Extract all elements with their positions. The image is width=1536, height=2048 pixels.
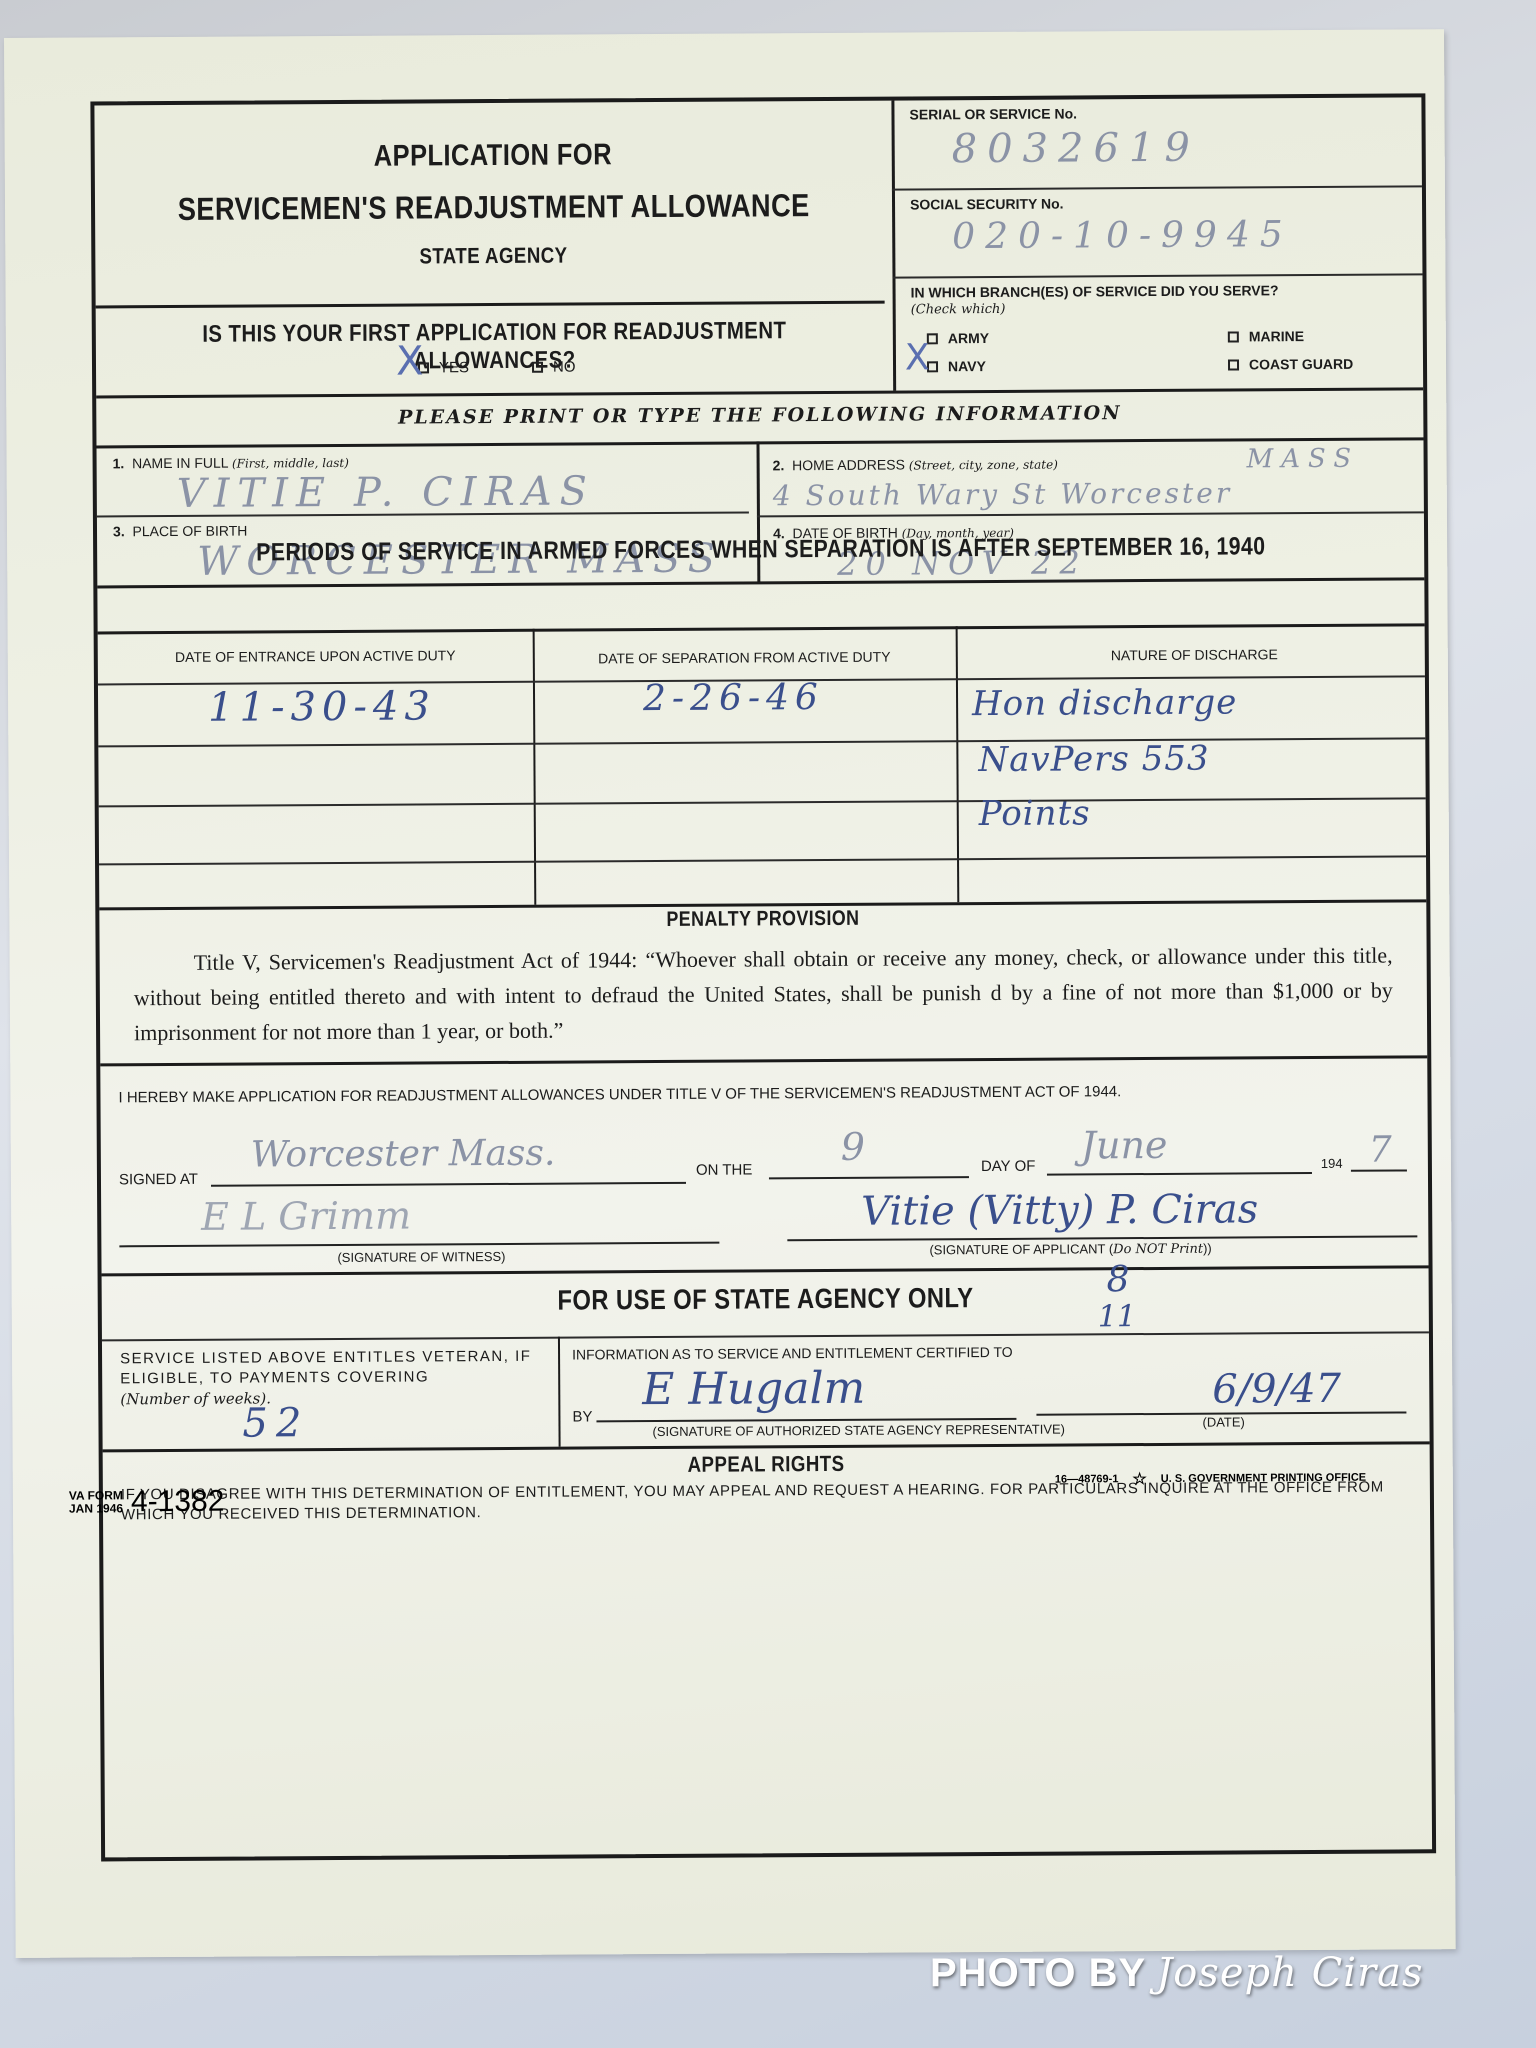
name-label: 1. NAME IN FULL (First, middle, last) <box>113 454 349 471</box>
witness-signature-field[interactable]: E L Grimm <box>201 1194 411 1239</box>
checkbox-square-icon <box>1228 359 1239 370</box>
penalty-text: Title V, Servicemen's Readjustment Act o… <box>134 938 1394 1051</box>
checkbox-coast-guard-label: COAST GUARD <box>1249 356 1353 373</box>
column-header-discharge: NATURE OF DISCHARGE <box>956 645 1433 664</box>
identification-section: SERIAL OR SERVICE No. 8032619 SOCIAL SEC… <box>891 97 1423 390</box>
date-caption: (DATE) <box>1202 1414 1244 1429</box>
form-title-block: APPLICATION FOR SERVICEMEN'S READJUSTMEN… <box>94 101 892 306</box>
name-field[interactable]: VITIE P. CIRAS <box>177 468 595 517</box>
checkbox-yes[interactable]: YES <box>418 359 469 376</box>
witness-caption: (SIGNATURE OF WITNESS) <box>337 1249 505 1265</box>
declaration-statement: I HEREBY MAKE APPLICATION FOR READJUSTME… <box>118 1083 1121 1106</box>
entrance-date-row1[interactable]: 11-30-43 <box>208 683 436 730</box>
discharge-row2[interactable]: NavPers 553 <box>978 739 1209 780</box>
agency-title: FOR USE OF STATE AGENCY ONLY <box>557 1282 973 1317</box>
form-number: 4-1382 <box>131 1485 225 1520</box>
instructions-banner: PLEASE PRINT OR TYPE THE FOLLOWING INFOR… <box>96 387 1423 445</box>
column-header-entrance: DATE OF ENTRANCE UPON ACTIVE DUTY <box>98 647 533 666</box>
form-title-line2: SERVICEMEN'S READJUSTMENT ALLOWANCE <box>177 187 809 228</box>
penalty-title: PENALTY PROVISION <box>666 907 859 932</box>
signed-at-field[interactable]: Worcester Mass. <box>251 1133 556 1176</box>
document-paper: APPLICATION FOR SERVICEMEN'S READJUSTMEN… <box>4 29 1456 1958</box>
column-header-separation: DATE OF SEPARATION FROM ACTIVE DUTY <box>533 648 956 667</box>
application-form: APPLICATION FOR SERVICEMEN'S READJUSTMEN… <box>90 93 1436 1861</box>
representative-caption: (SIGNATURE OF AUTHORIZED STATE AGENCY RE… <box>652 1422 1065 1440</box>
signed-at-label: SIGNED AT <box>119 1171 198 1188</box>
checkbox-yes-label: YES <box>439 359 469 376</box>
print-code: 16—48769-1 <box>1055 1473 1119 1485</box>
checkbox-no-label: NO <box>553 359 576 376</box>
checkbox-marine[interactable]: MARINE <box>1228 328 1304 344</box>
certified-label: INFORMATION AS TO SERVICE AND ENTITLEMEN… <box>572 1344 1013 1363</box>
checkbox-square-icon <box>532 362 543 373</box>
form-line2: JAN 1946 <box>69 1502 123 1515</box>
checkbox-navy-label: NAVY <box>948 358 986 374</box>
on-the-label: ON THE <box>696 1161 753 1178</box>
x-check-mark-icon: X <box>905 340 930 376</box>
year-prefix-label: 194 <box>1321 1156 1343 1171</box>
certified-date-field[interactable]: 6/9/47 <box>1212 1366 1341 1413</box>
weeks-field[interactable]: 52 <box>242 1400 309 1446</box>
first-application-section: IS THIS YOUR FIRST APPLICATION FOR READJ… <box>96 301 894 396</box>
periods-title: PERIODS OF SERVICE IN ARMED FORCES WHEN … <box>256 532 1265 567</box>
photo-credit-watermark: PHOTO BYJoseph Ciras <box>930 1950 1423 1996</box>
form-number-block: VA FORM JAN 1946 4-1382 <box>69 1485 225 1520</box>
address-state-field[interactable]: MASS <box>1247 444 1360 475</box>
checkbox-army-label: ARMY <box>948 330 989 346</box>
ssn-label: SOCIAL SECURITY No. <box>910 196 1064 213</box>
x-check-mark-icon: X <box>396 341 424 381</box>
ssn-field[interactable]: 020-10-9945 <box>952 214 1293 257</box>
form-title-line1: APPLICATION FOR <box>374 138 612 173</box>
printer-info: 16—48769-1 ☆ U. S. GOVERNMENT PRINTING O… <box>1055 1468 1366 1490</box>
address-field[interactable]: 4 South Wary St Worcester <box>773 477 1233 513</box>
address-label: 2. HOME ADDRESS (Street, city, zone, sta… <box>773 456 1058 474</box>
checkbox-coast-guard[interactable]: COAST GUARD <box>1228 356 1353 373</box>
separation-date-row1[interactable]: 2-26-46 <box>643 677 824 719</box>
representative-signature-field[interactable]: E Hugalm <box>642 1363 865 1415</box>
checkbox-marine-label: MARINE <box>1249 328 1304 344</box>
discharge-row3[interactable]: Points <box>979 793 1091 834</box>
checkbox-army[interactable]: ARMY <box>927 330 989 346</box>
branch-label: IN WHICH BRANCH(ES) OF SERVICE DID YOU S… <box>911 282 1279 300</box>
applicant-signature-field[interactable]: Vitie (Vitty) P. Ciras <box>861 1186 1258 1234</box>
checkbox-square-icon <box>1228 331 1239 342</box>
agency-margin-note-2: 11 <box>1098 1299 1136 1334</box>
entitlement-text: SERVICE LISTED ABOVE ENTITLES VETERAN, I… <box>120 1347 560 1411</box>
watermark-prefix: PHOTO BY <box>930 1951 1146 1995</box>
year-field[interactable]: 7 <box>1369 1130 1392 1171</box>
star-icon: ☆ <box>1132 1469 1146 1489</box>
by-label: BY <box>572 1408 592 1425</box>
branch-hint: (Check which) <box>911 302 1006 318</box>
printer-name: U. S. GOVERNMENT PRINTING OFFICE <box>1161 1472 1366 1485</box>
serial-label: SERIAL OR SERVICE No. <box>909 105 1077 122</box>
serial-number-field[interactable]: 8032619 <box>952 125 1200 173</box>
appeal-title: APPEAL RIGHTS <box>688 1451 845 1478</box>
form-subtitle: STATE AGENCY <box>420 243 568 270</box>
checkbox-no[interactable]: NO <box>532 359 576 376</box>
checkbox-navy[interactable]: NAVY <box>927 358 986 374</box>
month-field[interactable]: June <box>1081 1123 1168 1168</box>
applicant-caption: (SIGNATURE OF APPLICANT (Do NOT Print)) <box>929 1241 1211 1259</box>
agency-margin-note: 8 <box>1106 1259 1129 1300</box>
discharge-row1[interactable]: Hon discharge <box>972 682 1238 724</box>
day-of-label: DAY OF <box>981 1158 1036 1175</box>
day-field[interactable]: 9 <box>841 1125 865 1169</box>
watermark-name: Joseph Ciras <box>1156 1950 1423 1996</box>
first-application-question: IS THIS YOUR FIRST APPLICATION FOR READJ… <box>156 317 834 377</box>
